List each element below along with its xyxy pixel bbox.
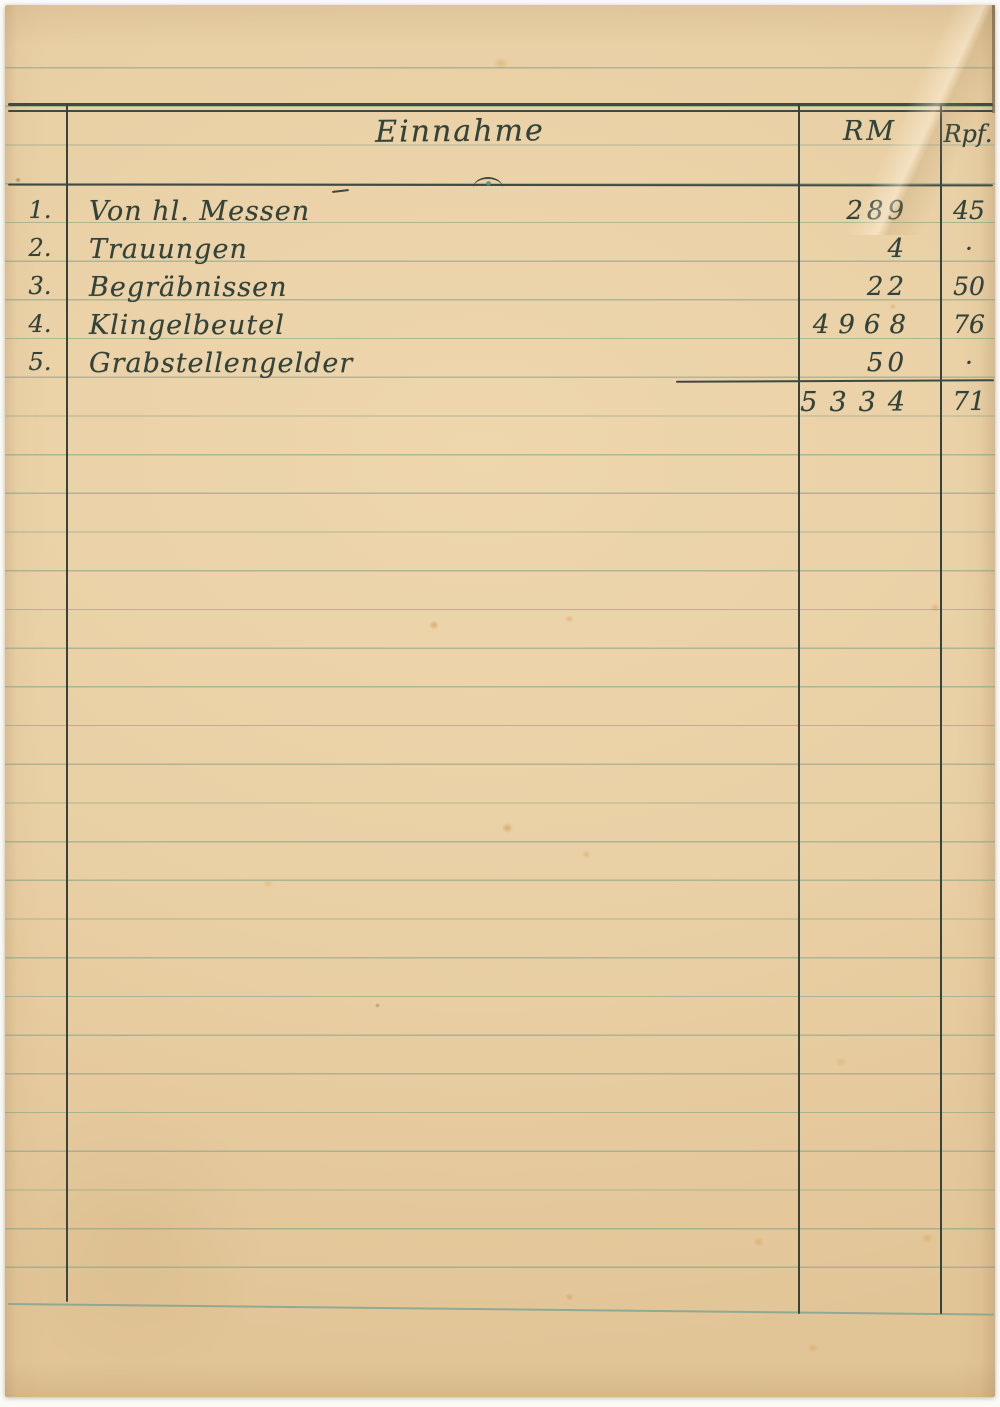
rpf-value: 50 [941,274,997,299]
row-label: Klingelbeutel [89,312,285,339]
rpf-value: · [941,236,997,261]
rpf-value: 76 [941,312,997,337]
rm-value: 4968 [665,312,915,338]
page-title: Einnahme [305,116,615,149]
stain [565,1293,574,1301]
ink-dot [486,181,491,186]
row-number: 5. [19,350,61,374]
row-label: Grabstellengelder [89,350,353,377]
rm-value: 22 [665,274,908,300]
paper-shading [5,1097,265,1397]
total-rm-value: 5334 [665,389,917,416]
row-label: Trauungen [89,236,248,263]
rm-value: 50 [665,350,908,376]
row-number: 2. [19,236,61,260]
rm-value: 4 [665,236,908,262]
total-rpf-value: 71 [941,389,997,415]
row-number: 3. [19,274,61,298]
row-number: 4. [19,312,61,336]
row-number: 1. [19,198,61,222]
paper-crease [845,5,995,235]
row-label: Von hl. Messen [89,198,310,225]
paper-edge-shadow [992,5,995,113]
ledger-page: Einnahme RM Rpf. 1. Von hl. Messen 289 4… [5,5,995,1397]
stain [807,1343,819,1353]
rpf-value: · [941,350,997,375]
row-label: Begräbnissen [89,274,288,301]
